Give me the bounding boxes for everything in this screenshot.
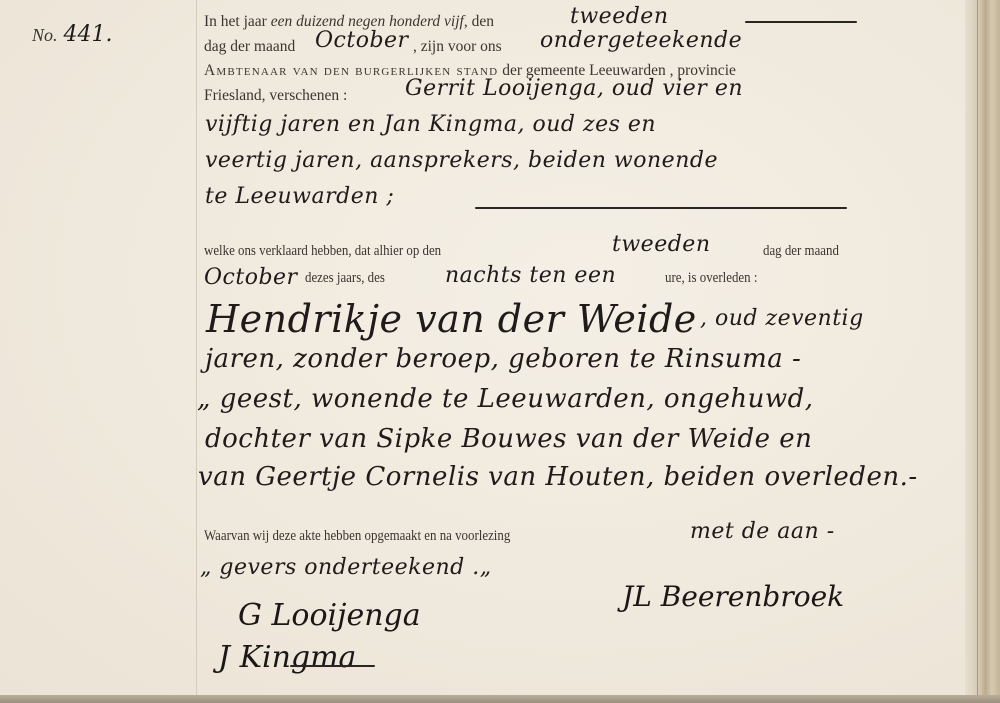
printed-line-6b: ure, is overleden : (665, 270, 757, 287)
record-number-label: No. (32, 25, 58, 45)
record-number-value: 441. (64, 22, 113, 47)
deceased-name: Hendrikje van der Weide (206, 297, 697, 341)
handwritten-declarants-4: te Leeuwarden ; (205, 184, 394, 209)
handwritten-official: ondergeteekende (540, 28, 742, 53)
signature-declarant-2: J Kingma (218, 640, 356, 675)
printed-line-4: Friesland, verschenen : (204, 87, 347, 105)
handwritten-closing-1: met de aan - (690, 519, 835, 544)
handwritten-declarants-3: veertig jaren, aansprekers, beiden wonen… (205, 148, 718, 173)
signature-official: JL Beerenbroek (622, 580, 844, 613)
handwritten-closing-2: „ gevers onderteekend .„ (200, 555, 492, 580)
handwritten-death-time: nachts ten een (445, 263, 616, 288)
handwritten-deceased-2: jaren, zonder beroep, geboren te Rinsuma… (205, 344, 801, 374)
fill-rule (475, 207, 847, 209)
printed-line-5a: welke ons verklaard hebben, dat alhier o… (204, 243, 441, 260)
handwritten-death-day: tweeden (612, 232, 710, 257)
page-bottom-edge (0, 695, 1000, 703)
printed-line-6a: dezes jaars, des (305, 270, 385, 287)
record-number: No.441. (32, 22, 113, 47)
handwritten-deceased-3: „ geest, wonende te Leeuwarden, ongehuwd… (197, 384, 814, 414)
book-binding (965, 0, 1000, 703)
handwritten-deceased-1: , oud zeventig (700, 306, 864, 331)
fill-rule (745, 21, 857, 23)
signature-underline (290, 665, 375, 667)
printed-line-2a: dag der maand (204, 38, 295, 56)
printed-text: In het jaar (204, 13, 267, 30)
handwritten-death-month: October (204, 265, 298, 290)
printed-line-5b: dag der maand (763, 243, 839, 260)
handwritten-declarants-1: Gerrit Looijenga, oud vier en (405, 76, 743, 101)
handwritten-deceased-4: dochter van Sipke Bouwes van der Weide e… (205, 424, 812, 454)
register-page: No.441. In het jaar een duizend negen ho… (0, 0, 965, 695)
printed-text: , den (464, 13, 494, 30)
handwritten-day: tweeden (570, 4, 668, 29)
margin-line (196, 0, 197, 695)
signature-declarant-1: G Looijenga (238, 598, 421, 633)
printed-closing: Waarvan wij deze akte hebben opgemaakt e… (204, 528, 510, 545)
printed-line-2b: , zijn voor ons (413, 38, 502, 56)
handwritten-declarants-2: vijftig jaren en Jan Kingma, oud zes en (205, 112, 656, 137)
handwritten-deceased-5: van Geertje Cornelis van Houten, beiden … (198, 462, 918, 492)
handwritten-month: October (315, 28, 409, 53)
